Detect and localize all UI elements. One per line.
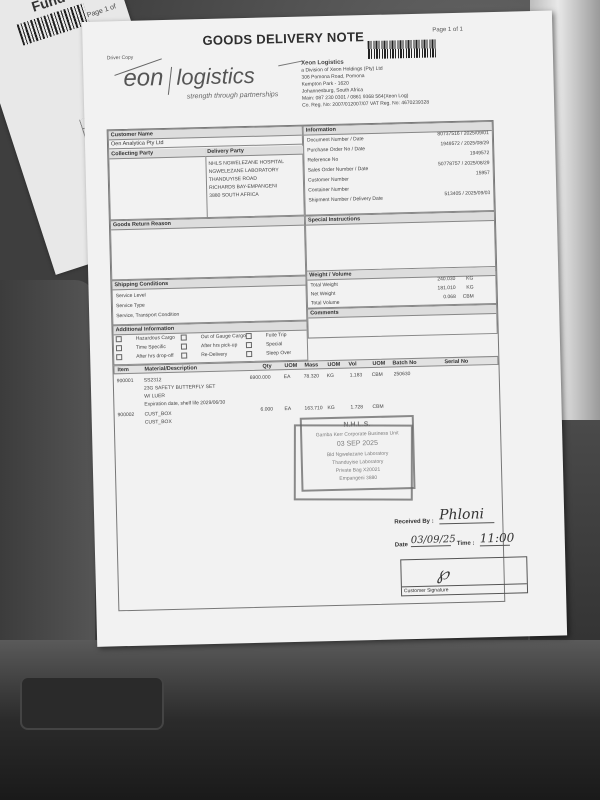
checkbox-label: Sleep Over: [266, 350, 291, 357]
col-mass: Mass: [304, 362, 318, 368]
info-label: Customer Number: [308, 177, 349, 184]
checkbox-label: Re-Delivery: [201, 352, 227, 359]
weight-unit: CBM: [463, 294, 474, 300]
col-serial: Serial No: [444, 359, 468, 366]
signature-label: Customer Signature: [402, 583, 527, 595]
info-label: Container Number: [308, 187, 349, 194]
weight-unit: KG: [466, 285, 473, 291]
document-title: GOODS DELIVERY NOTE: [202, 29, 364, 48]
weight-value: 0.068: [443, 294, 456, 300]
page-number: Page 1 of 1: [432, 27, 463, 34]
weight-label: Total Weight: [310, 282, 338, 289]
item-number: 900002: [118, 412, 135, 418]
description-line: CUST_BOX: [145, 411, 172, 418]
batch-no: 250630: [394, 371, 411, 377]
delivery-address: NHLS NGWELEZANE HOSPITAL NGWELEZANE LABO…: [208, 158, 284, 200]
checkbox-label: Fuite Trip: [266, 332, 287, 339]
service-type-label: Service Type: [116, 303, 145, 310]
time-label: Time :: [457, 541, 475, 547]
special-instructions-header: Special Instructions: [306, 212, 494, 226]
logo-text-eon: eon: [123, 64, 164, 92]
checkbox[interactable]: [181, 353, 187, 359]
col-description: Material/Description: [144, 365, 197, 372]
checkbox[interactable]: [246, 351, 252, 357]
collecting-party: Collecting Party: [109, 148, 208, 220]
goods-delivery-note: GOODS DELIVERY NOTE Page 1 of 1 Driver C…: [82, 11, 567, 647]
logo-text-logistics: logistics: [176, 63, 255, 90]
date-value: 03/09/25: [411, 534, 451, 547]
signature-mark: ℘: [436, 563, 449, 584]
mass-uom: KG: [327, 373, 334, 379]
logo-divider: [168, 67, 172, 95]
company-address: Xeon Logistics a Division of Xeon Holdin…: [301, 58, 429, 110]
nhls-stamp-duplicate: [294, 424, 413, 500]
date-label: Date: [395, 542, 408, 548]
shipping-conditions-section: Shipping Conditions Service Level Servic…: [111, 276, 307, 326]
checkbox-label: Out of Gauge Cargo: [201, 333, 246, 340]
checkbox-label: After hrs pick-up: [201, 342, 238, 349]
col-vol-uom: UOM: [372, 361, 385, 367]
time-value: 11:00: [480, 531, 510, 547]
mass-uom: KG: [327, 405, 334, 411]
customer-section: Customer Name Oen Analytica Pty Ltd Coll…: [108, 126, 305, 221]
copy-label: Driver Copy: [107, 55, 134, 62]
qty: 6.000: [260, 406, 273, 412]
info-value: 50778757 / 2025/08/29: [438, 160, 490, 167]
checkbox[interactable]: [116, 345, 122, 351]
air-vent: [20, 676, 164, 730]
col-vol: Vol: [348, 361, 356, 367]
pen-mark: [278, 60, 303, 66]
collecting-party-header: Collecting Party: [109, 148, 205, 159]
delivery-party-header: Delivery Party: [205, 146, 303, 157]
service-level-label: Service Level: [116, 293, 146, 300]
mass: 78.320: [304, 373, 319, 379]
mass: 163.710: [304, 405, 322, 411]
received-by-label: Received By :: [394, 519, 433, 526]
qty: 6900.000: [250, 374, 271, 381]
shipping-conditions-header: Shipping Conditions: [112, 277, 305, 291]
uom: EA: [284, 406, 291, 412]
col-mass-uom: UOM: [327, 362, 340, 368]
item-number: 900001: [117, 378, 134, 384]
weight-label: Net Weight: [311, 291, 336, 298]
info-value: 513405 / 2025/09/03: [444, 190, 490, 197]
weight-volume-section: Weight / Volume Total Weight240.030KGNet…: [306, 266, 497, 309]
description-line: CUST_BOX: [145, 419, 172, 426]
info-value: 1949572: [470, 150, 490, 156]
checkbox-label: Time Specific: [136, 344, 166, 351]
barcode-icon: [368, 39, 436, 59]
checkbox[interactable]: [116, 336, 122, 342]
information-section: Information Document Number / Date807375…: [303, 121, 495, 216]
info-value: 80737516 / 2025/09/01: [437, 130, 489, 137]
description-line: W/ LUER: [144, 393, 165, 400]
vol: 1.183: [350, 372, 363, 378]
info-label: Shipment Number / Delivery Date: [308, 196, 383, 204]
checkbox[interactable]: [246, 342, 252, 348]
uom: EA: [284, 374, 291, 380]
col-batch: Batch No: [392, 360, 416, 367]
col-qty: Qty: [262, 363, 271, 369]
col-item: Item: [117, 367, 128, 373]
checkbox-label: After hrs drop-off: [136, 353, 174, 360]
info-label: Document Number / Date: [307, 136, 364, 143]
weight-value: 240.030: [437, 276, 455, 282]
signature-box: ℘ Customer Signature: [400, 556, 528, 596]
description-line: 23G SAFETY BUTTERFLY SET: [144, 384, 216, 392]
barcode-icon: [17, 3, 90, 46]
vol-uom: CBM: [372, 404, 383, 410]
checkbox[interactable]: [181, 344, 187, 350]
checkbox-label: Hazardous Cargo: [136, 335, 175, 342]
info-label: Purchase Order No / Date: [307, 146, 365, 153]
weight-unit: KG: [466, 276, 473, 282]
logo-tagline: strength through partnerships: [187, 91, 279, 100]
company-logo: eonlogistics: [123, 62, 255, 96]
checkbox[interactable]: [181, 335, 187, 341]
background-doc-page: Page 1 of: [86, 3, 117, 19]
vol: 1.728: [350, 404, 363, 410]
received-by-value: Phloni: [439, 506, 494, 524]
checkbox[interactable]: [116, 354, 122, 360]
comments-section: Comments: [307, 304, 498, 339]
address-line: 3880 SOUTH AFRICA: [209, 190, 285, 200]
additional-info-section: Additional Information Hazardous CargoOu…: [112, 321, 308, 366]
checkbox-label: Special: [266, 341, 283, 347]
description-line: Expiration date, shelf life 2029/06/30: [144, 400, 225, 408]
transport-condition-label: Service, Transport Condition: [116, 312, 179, 320]
goods-return-header: Goods Return Reason: [111, 217, 304, 231]
info-value: 15957: [476, 170, 490, 176]
delivery-party: Delivery Party NHLS NGWELEZANE HOSPITAL …: [205, 146, 305, 218]
comments-header: Comments: [308, 305, 496, 319]
car-seat: [0, 280, 95, 660]
goods-return-section: Goods Return Reason: [110, 216, 306, 281]
col-uom: UOM: [284, 363, 297, 369]
info-label: Reference No: [307, 157, 338, 164]
info-label: Sales Order Number / Date: [308, 166, 369, 173]
weight-label: Total Volume: [311, 300, 340, 307]
checkbox[interactable]: [246, 333, 252, 339]
info-value: 1949572 / 2025/08/29: [440, 140, 489, 147]
weight-value: 181.010: [437, 285, 455, 291]
description-line: SS2312: [144, 377, 162, 383]
vol-uom: CBM: [372, 372, 383, 378]
